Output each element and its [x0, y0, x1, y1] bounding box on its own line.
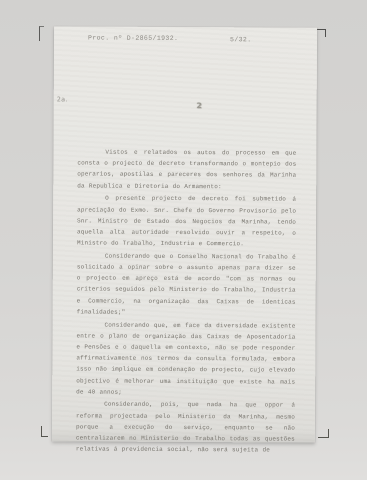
- process-number: Proc. nº D-2865/1932.: [88, 34, 178, 41]
- crop-mark-bottom-left-icon: [41, 426, 48, 437]
- page-number-stamp: 2: [197, 101, 202, 110]
- pencil-margin-note: 2a.: [57, 95, 68, 103]
- crop-mark-top-left-icon: [39, 26, 44, 41]
- page-header: Proc. nº D-2865/1932. 5/32.: [54, 34, 317, 35]
- photographed-document-scene: Proc. nº D-2865/1932. 5/32. 2a. 2 Vistos…: [0, 0, 367, 480]
- crop-mark-bottom-right-icon: [318, 429, 329, 438]
- document-page: Proc. nº D-2865/1932. 5/32. 2a. 2 Vistos…: [52, 26, 317, 442]
- paragraph: Considerando que, em face da diversidade…: [76, 319, 295, 399]
- reference-number: 5/32.: [230, 36, 252, 43]
- paragraph: O presente projecto de decreto foi subme…: [77, 193, 296, 250]
- paragraph: Considerando que o Conselho Nacional do …: [77, 250, 296, 318]
- typewritten-body: Vistos e relatados os autos do processo …: [76, 146, 297, 457]
- paragraph: Vistos e relatados os autos do processo …: [77, 146, 296, 192]
- paragraph: Considerando, pois, que nada ha que oppo…: [76, 399, 295, 456]
